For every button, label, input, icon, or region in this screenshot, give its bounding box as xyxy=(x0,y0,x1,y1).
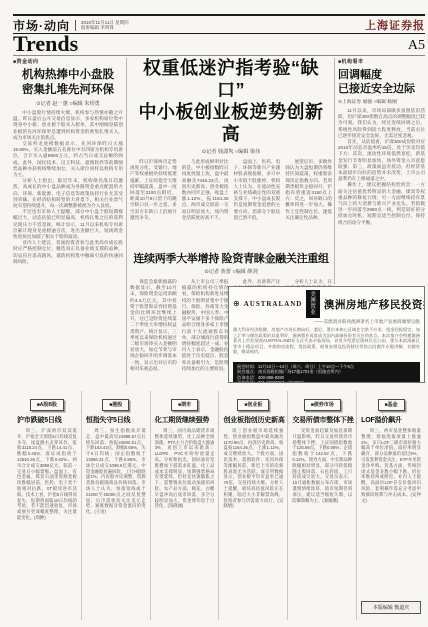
bottom-briefs-strip: ■A股B股 沪市跌破5日线 周三，沪深两市双双低开，沪指全天围绕5日均线反复争夺… xyxy=(13,391,425,620)
main-headline: 权重低迷沪指考验“缺口” 中小板创业板逆势创新高 xyxy=(130,57,332,145)
ad-subtitle: ——美澳置业联袂澳洲著名上市地产发展商倾情呈献 xyxy=(233,319,420,325)
left-article-byline: ⊙记者 赵一蕙 ○编辑 朱绍勇 xyxy=(13,100,123,107)
brief-column-futures: ■期市 化工期货继续强势 周三，国内商品期货市场整体延续强势，化工品种全线领涨。… xyxy=(150,391,219,620)
brief-label: ■债券市场 xyxy=(304,399,341,411)
ad-header: ⊕ AUSTRALAND 美澳置业 澳洲房地产移民投资推介会 xyxy=(233,290,420,318)
brief-label: ■期市 xyxy=(171,399,198,411)
paragraph: 业内人士建议，普通投资者参与此类高价成长股时应严格控制仓位，精选真正具备业绩支撑… xyxy=(13,240,123,265)
paragraph: 受资金面趋紧及加息预期升温影响，昨日交易所债券市场整体下挫。上证国债指数收于12… xyxy=(292,428,352,503)
main-article-body: 昨日沪深两市走势再度分化。受银行、地产等权重板块持续低迷拖累，上证综指全天维持窄… xyxy=(130,159,332,245)
paragraph: 周三，国内商品期货市场整体延续强势，化工品种全线领涨。PTA主力合约收盘大涨逾3… xyxy=(155,428,215,509)
left-title-line2: 密集扎堆先河环保 xyxy=(13,83,123,98)
advertisement: ⊕ AUSTRALAND 美澳置业 澳洲房地产移民投资推介会 ——美澳置业联袂澳… xyxy=(228,286,425,383)
right-title-line1: 回调幅度 xyxy=(338,68,425,82)
brief-title: LOF溢价飙升 xyxy=(361,416,421,425)
brief-title: 沪市跌破5日线 xyxy=(17,416,77,425)
column-rule-right xyxy=(334,58,335,284)
australand-logo-icon: ⊕ xyxy=(233,300,240,308)
newspaper-page: { "header": { "section_cn": "市场·动向", "da… xyxy=(0,0,428,627)
paragraph: 展望后市，多数券商认为大盘短期仍将维持区间震荡，权重股表现决定指数方向。若周期类… xyxy=(285,159,332,221)
second-article-byline: ⊙记者 黄蕾 ○编辑 颜剑 xyxy=(130,268,332,275)
right-article-body: 11月以来，市场局部做多氛围依旧活跃，但沪深300指数自高点的调整幅度已较为可观… xyxy=(338,108,425,284)
left-sidebar-article: ■资金动向 机构热捧中小盘股 密集扎堆先河环保 ⊙记者 赵一蕙 ○编辑 朱绍勇 … xyxy=(13,58,123,386)
masthead-brand: 上海证券报 xyxy=(365,17,425,33)
ad-detail-line: 预约热线：021-63275585（转8818） xyxy=(237,380,416,383)
ad-logo-text: AUSTRALAND xyxy=(244,300,303,308)
paragraph: 11月以来，市场局部做多氛围依旧活跃，但沪深300指数自高点的调整幅度已较为可观… xyxy=(338,108,425,139)
left-article-title: 机构热捧中小盘股 密集扎堆先河环保 xyxy=(13,68,123,98)
article-column: 与此形成鲜明对比的是，中小板指数昨日再度放量上攻，盘中最高触及7448.23点，… xyxy=(182,159,229,245)
paragraph: 中小盘股行情持续火爆，机构参与热情亦随之升温。昨日盘后公开交易信息显示，多家机构… xyxy=(13,110,123,141)
brief-body: 受资金面趋紧及加息预期升温影响，昨日交易所债券市场整体下挫。上证国债指数收于12… xyxy=(292,428,352,620)
article-column: 盘面上，医药、电子、环保等新兴产业题材股表现抢眼，多只中小市值个股涨停。机构人士… xyxy=(234,159,281,245)
left-title-line1: 机构热捧中小盘股 xyxy=(13,68,123,83)
brief-label: ■基金 xyxy=(378,399,405,411)
header-divider xyxy=(75,20,76,31)
brief-column-a-shares: ■A股B股 沪市跌破5日线 周三，沪深两市双双低开，沪指全天围绕5日均线反复争夺… xyxy=(13,391,81,620)
right-article-title: 回调幅度 已接近安全边际 xyxy=(338,68,425,96)
paragraph: 保监会最新披露的数据显示，截至10月末，保险资金运用余额约4.3万亿元，其中投资… xyxy=(130,279,177,372)
ad-brand-badge: 美澳置业 xyxy=(306,290,320,318)
header-bottom-rule xyxy=(13,55,425,56)
brief-title: 创业板指创历史新高 xyxy=(223,416,283,425)
right-article-byline: ⊙上海证券 屠骏 ○编辑 杨刚 xyxy=(338,98,425,105)
header-row-en: Trends A5 xyxy=(13,35,425,54)
brief-column-hk-stocks: ■港股 恒指失守5日线 周三，恒生指数高开低走，盘中最高见24988.57点后掉… xyxy=(81,391,150,620)
left-article-body: 中小盘股行情持续火爆，机构参与热情亦随之升温。昨日盘后公开交易信息显示，多家机构… xyxy=(13,110,123,386)
paragraph: 首先，从估值看，沪深300成份股对应2010年动态市盈率约15倍，处于历史均值下… xyxy=(338,139,425,182)
paragraph: 分析人士指出，临近年末，机构排名战日趋激烈，高成长的中小盘品种成为各路资金重点配… xyxy=(13,178,123,209)
paragraph: 与此形成鲜明对比的是，中小板指数昨日再度放量上攻，盘中最高触及7448.23点，… xyxy=(182,159,229,221)
brief-column-funds: ■基金 LOF溢价飙升 周三，两市基金整体缩量整理，瑞福进取放量上涨逾2%，多只… xyxy=(356,391,425,620)
brief-body: 周三，两市基金整体缩量整理，瑞福进取放量上涨逾2%，多只LOF二级市场价格大幅高… xyxy=(361,428,421,597)
column-rule-left xyxy=(126,58,127,385)
paragraph: 不过也有市场人士提醒，部分中小盘个股短期涨幅过大，动态估值已明显偏高，机构扎堆之… xyxy=(13,209,123,240)
brief-title: 交易所债市整体下挫 xyxy=(292,416,352,425)
paragraph: 周三，恒生指数高开低走，盘中最高见24988.57点后掉头回落，收报24500.… xyxy=(86,428,146,515)
brief-body: 周三，恒生指数高开低走，盘中最高见24988.57点后掉头回落，收报24500.… xyxy=(86,428,146,620)
main-article-byline: ⊙记者 钱潇隽 ○编辑 梁伟 xyxy=(130,148,332,155)
section-title-en: Trends xyxy=(13,34,78,54)
brief-column-bonds: ■债券市场 交易所债市整体下挫 受资金面趋紧及加息预期升温影响，昨日交易所债券市… xyxy=(287,391,356,620)
page-number: A5 xyxy=(408,38,425,54)
ad-details-box: 展会时间：11月13日—14日（周六、周日）上午10点—下午5点 展会地点：南京… xyxy=(233,362,420,383)
paragraph: 盘面上，医药、电子、环保等新兴产业题材股表现抢眼，多只中小市值个股涨停。机构人士… xyxy=(234,159,281,221)
paragraph: 周三，沪深两市双双低开，沪指全天围绕5日均线反复争夺，尾盘跳水击穿该位，报收31… xyxy=(17,428,77,521)
main-headline-line2: 中小板创业板逆势创新高 xyxy=(130,101,332,145)
article-column: 展望后市，多数券商认为大盘短期仍将维持区间震荡，权重股表现决定指数方向。若周期类… xyxy=(285,159,332,245)
paragraph: 操作上，建议把握结构性机会：一方面关注估值优势明显的大金融、煤炭等权重品种的修复… xyxy=(338,182,425,225)
right-title-line2: 已接近安全边际 xyxy=(338,82,425,96)
paragraph: 从上市公司三季报披露的机构持仓情况看，保险机构新进及增持的个股明显集中于银行、保… xyxy=(182,279,229,372)
brief-label: ■创业板 xyxy=(237,399,269,411)
page-editor-box: 本版编辑 衡道庆 xyxy=(361,601,421,614)
brief-body: 周三创业板市场延续强势，创业板指数盘中最高触及1170.86点，再创历史新高，收… xyxy=(223,428,283,620)
brief-title: 化工期货继续强势 xyxy=(155,416,215,425)
main-headline-line1: 权重低迷沪指考验“缺口” xyxy=(130,57,332,101)
brief-label: ■港股 xyxy=(102,399,129,411)
paragraph: 昨日沪深两市走势再度分化。受银行、地产等权重板块持续低迷拖累，上证综指全天维持窄… xyxy=(130,159,177,221)
paragraph: 周三，两市基金整体缩量整理，瑞福进取放量上涨逾2%，多只LOF二级市场价格大幅高… xyxy=(361,428,421,503)
brief-body: 周三，国内商品期货市场整体延续强势，化工品种全线领涨。PTA主力合约收盘大涨逾3… xyxy=(155,428,215,620)
right-article-label: ■机构看市 xyxy=(338,58,425,65)
paragraph: 交易所龙虎榜数据显示，先河环保昨日大涨15.68%，买入金额前五名席位中有四席为… xyxy=(13,141,123,178)
left-article-label: ■资金动向 xyxy=(13,58,123,65)
paragraph: 周三创业板市场延续强势，创业板指数盘中最高触及1170.86点，再创历史新高，收… xyxy=(223,428,283,509)
duty-editor: 值班编辑 李剑锋 xyxy=(81,25,129,31)
right-sidebar-article: ■机构看市 回调幅度 已接近安全边际 ⊙上海证券 屠骏 ○编辑 杨刚 11月以来… xyxy=(338,58,425,284)
ad-title: 澳洲房地产移民投资推介会 xyxy=(324,297,425,312)
brief-column-chinext: ■创业板 创业板指创历史新高 周三创业板市场延续强势，创业板指数盘中最高触及11… xyxy=(218,391,287,620)
second-headline: 连续两季大举增持 险资青睐金融关注重组 xyxy=(130,252,332,266)
brief-title: 恒指失守5日线 xyxy=(86,416,146,425)
ad-body-text: 澳大利亚经济稳健，房地产市场长期向好，悉尼、墨尔本核心区域住宅供不应求，租金回报… xyxy=(233,327,420,359)
brief-body: 周三，沪深两市双双低开，沪指全天围绕5日均线反复争夺，尾盘跳水击穿该位，报收31… xyxy=(17,428,77,620)
brief-label: ■A股B股 xyxy=(30,399,64,411)
article-column: 昨日沪深两市走势再度分化。受银行、地产等权重板块持续低迷拖累，上证综指全天维持窄… xyxy=(130,159,177,245)
